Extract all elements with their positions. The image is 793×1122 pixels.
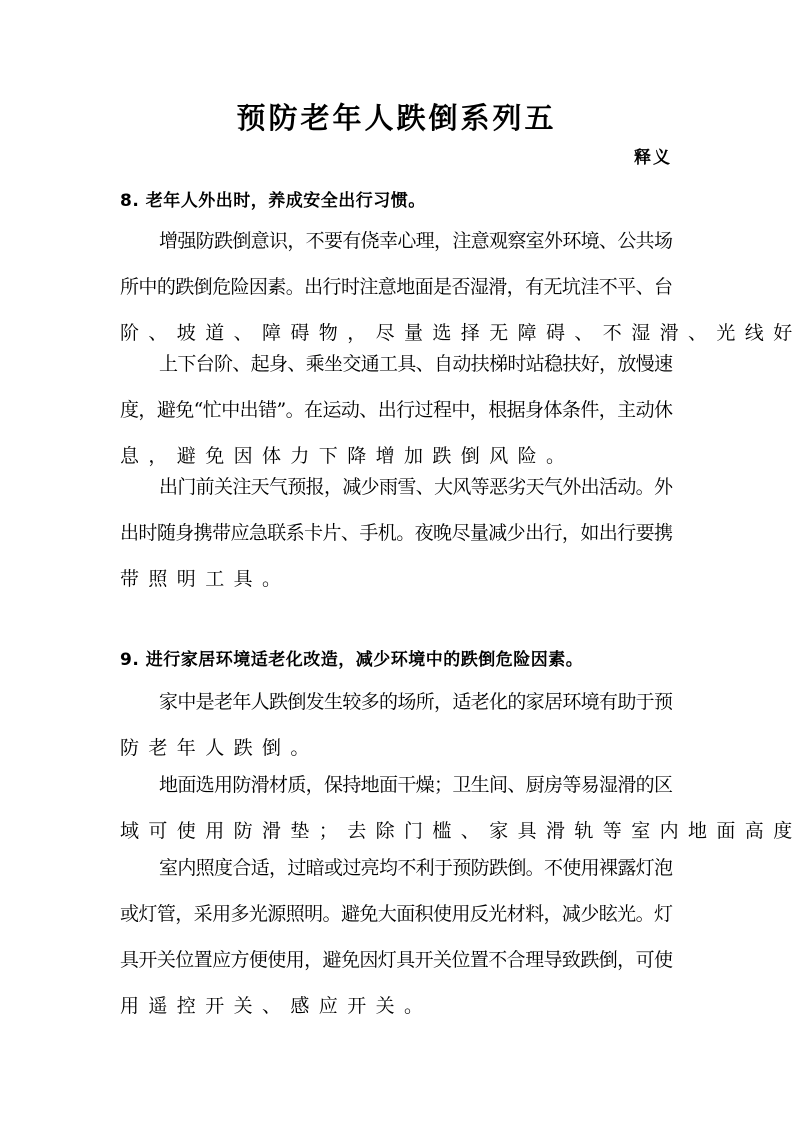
paragraph: 上下台阶、起身、乘坐交通工具、自动扶梯时站稳扶好，放慢速 度，避免“忙中出错”。…: [120, 341, 673, 479]
document-author: 释义: [634, 146, 672, 170]
paragraph: 地面选用防滑材质，保持地面干燥；卫生间、厨房等易湿滑的区 域可使用防滑垫；去除门…: [120, 762, 673, 854]
paragraph-line: 地面选用防滑材质，保持地面干燥；卫生间、厨房等易湿滑的区: [120, 762, 673, 808]
section-heading-8: 8. 老年人外出时，养成安全出行习惯。: [120, 188, 680, 214]
document-page: 预防老年人跌倒系列五 释义 8. 老年人外出时，养成安全出行习惯。 增强防跌倒意…: [0, 0, 793, 1122]
paragraph-line: 度，避免“忙中出错”。在运动、出行过程中，根据身体条件，主动休: [120, 387, 673, 433]
paragraph-line: 带照明工具。: [120, 556, 673, 602]
paragraph-line: 室内照度合适，过暗或过亮均不利于预防跌倒。不使用裸露灯泡: [120, 845, 673, 891]
paragraph-line: 增强防跌倒意识，不要有侥幸心理，注意观察室外环境、公共场: [120, 218, 673, 264]
paragraph: 室内照度合适，过暗或过亮均不利于预防跌倒。不使用裸露灯泡 或灯管，采用多光源照明…: [120, 845, 673, 1029]
paragraph-line: 所中的跌倒危险因素。出行时注意地面是否湿滑，有无坑洼不平、台: [120, 264, 673, 310]
paragraph: 增强防跌倒意识，不要有侥幸心理，注意观察室外环境、公共场 所中的跌倒危险因素。出…: [120, 218, 673, 356]
paragraph-line: 出时随身携带应急联系卡片、手机。夜晚尽量减少出行，如出行要携: [120, 510, 673, 556]
paragraph-line: 家中是老年人跌倒发生较多的场所，适老化的家居环境有助于预: [120, 679, 673, 725]
paragraph-line: 出门前关注天气预报，减少雨雪、大风等恶劣天气外出活动。外: [120, 464, 673, 510]
paragraph: 家中是老年人跌倒发生较多的场所，适老化的家居环境有助于预 防老年人跌倒。: [120, 679, 673, 771]
paragraph-line: 用遥控开关、感应开关。: [120, 983, 673, 1029]
paragraph-line: 或灯管，采用多光源照明。避免大面积使用反光材料，减少眩光。灯: [120, 891, 673, 937]
paragraph-line: 具开关位置应方便使用，避免因灯具开关位置不合理导致跌倒，可使: [120, 937, 673, 983]
section-heading-9: 9. 进行家居环境适老化改造，减少环境中的跌倒危险因素。: [120, 647, 680, 673]
document-title: 预防老年人跌倒系列五: [0, 96, 793, 140]
paragraph-line: 上下台阶、起身、乘坐交通工具、自动扶梯时站稳扶好，放慢速: [120, 341, 673, 387]
paragraph: 出门前关注天气预报，减少雨雪、大风等恶劣天气外出活动。外 出时随身携带应急联系卡…: [120, 464, 673, 602]
